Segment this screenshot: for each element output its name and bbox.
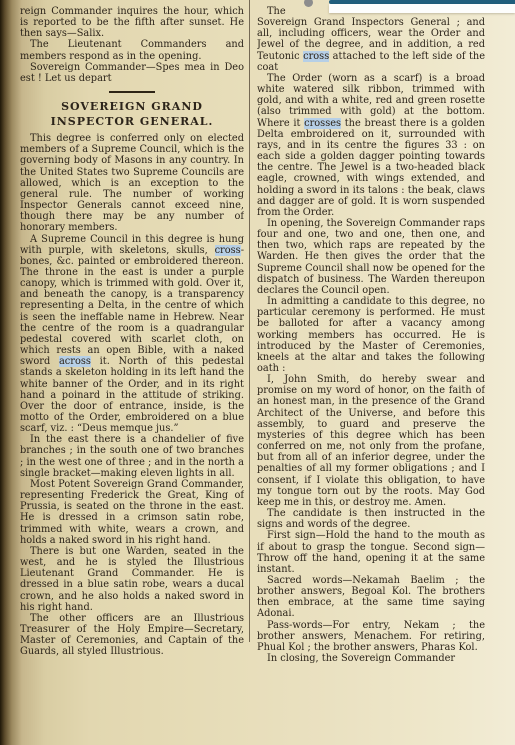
paragraph: The candidate is then instructed in the … bbox=[257, 508, 485, 530]
paragraph: Sovereign Commander—Spes mea in Deo est … bbox=[20, 62, 244, 84]
paragraph: The Lieutenant Commanders and members re… bbox=[20, 39, 244, 61]
paragraph: First sign—Hold the hand to the mouth as… bbox=[257, 530, 485, 575]
paragraph: The Order (worn as a scarf) is a broad w… bbox=[257, 73, 485, 218]
book-page-scan: reign Commander inquires the hour, which… bbox=[0, 0, 515, 745]
paragraph: Sacred words—Nekamah Baelim ; the brothe… bbox=[257, 575, 485, 620]
paragraph: In admitting a candidate to this degree,… bbox=[257, 296, 485, 374]
paragraph: A Supreme Council in this degree is hung… bbox=[20, 234, 244, 435]
paragraph: In closing, the Sovereign Commander bbox=[257, 653, 485, 664]
section-heading: SOVEREIGN GRAND INSPECTOR GENERAL. bbox=[20, 99, 244, 129]
left-column: reign Commander inquires the hour, which… bbox=[20, 6, 244, 743]
paragraph: This degree is conferred only on elected… bbox=[20, 133, 244, 233]
paragraph: Pass-words—For entry, Nekam ; the brothe… bbox=[257, 620, 485, 653]
column-divider bbox=[249, 0, 250, 642]
search-highlight: cross bbox=[303, 51, 329, 62]
paragraph: The other officers are an Illustrious Tr… bbox=[20, 613, 244, 658]
search-highlight: cross bbox=[215, 245, 241, 256]
overlay-panel bbox=[329, 4, 515, 13]
paragraph: In opening, the Sovereign Commander raps… bbox=[257, 218, 485, 296]
search-highlight: crosses bbox=[304, 118, 341, 129]
drag-handle-dot-icon bbox=[304, 0, 313, 7]
paragraph: Sovereign Grand Inspectors General ; and… bbox=[257, 17, 485, 73]
paragraph: reign Commander inquires the hour, which… bbox=[20, 6, 244, 39]
paragraph: There is but one Warden, seated in the w… bbox=[20, 546, 244, 613]
paragraph: Most Potent Sovereign Grand Commander, r… bbox=[20, 479, 244, 546]
search-highlight: across bbox=[59, 356, 91, 367]
section-divider-rule bbox=[109, 91, 155, 93]
paragraph: In the east there is a chandelier of fiv… bbox=[20, 434, 244, 479]
paragraph: I, John Smith, do hereby swear and promi… bbox=[257, 374, 485, 508]
right-column: TheSovereign Grand Inspectors General ; … bbox=[257, 6, 485, 743]
cutoff-toolbar-overlay[interactable] bbox=[297, 0, 515, 14]
